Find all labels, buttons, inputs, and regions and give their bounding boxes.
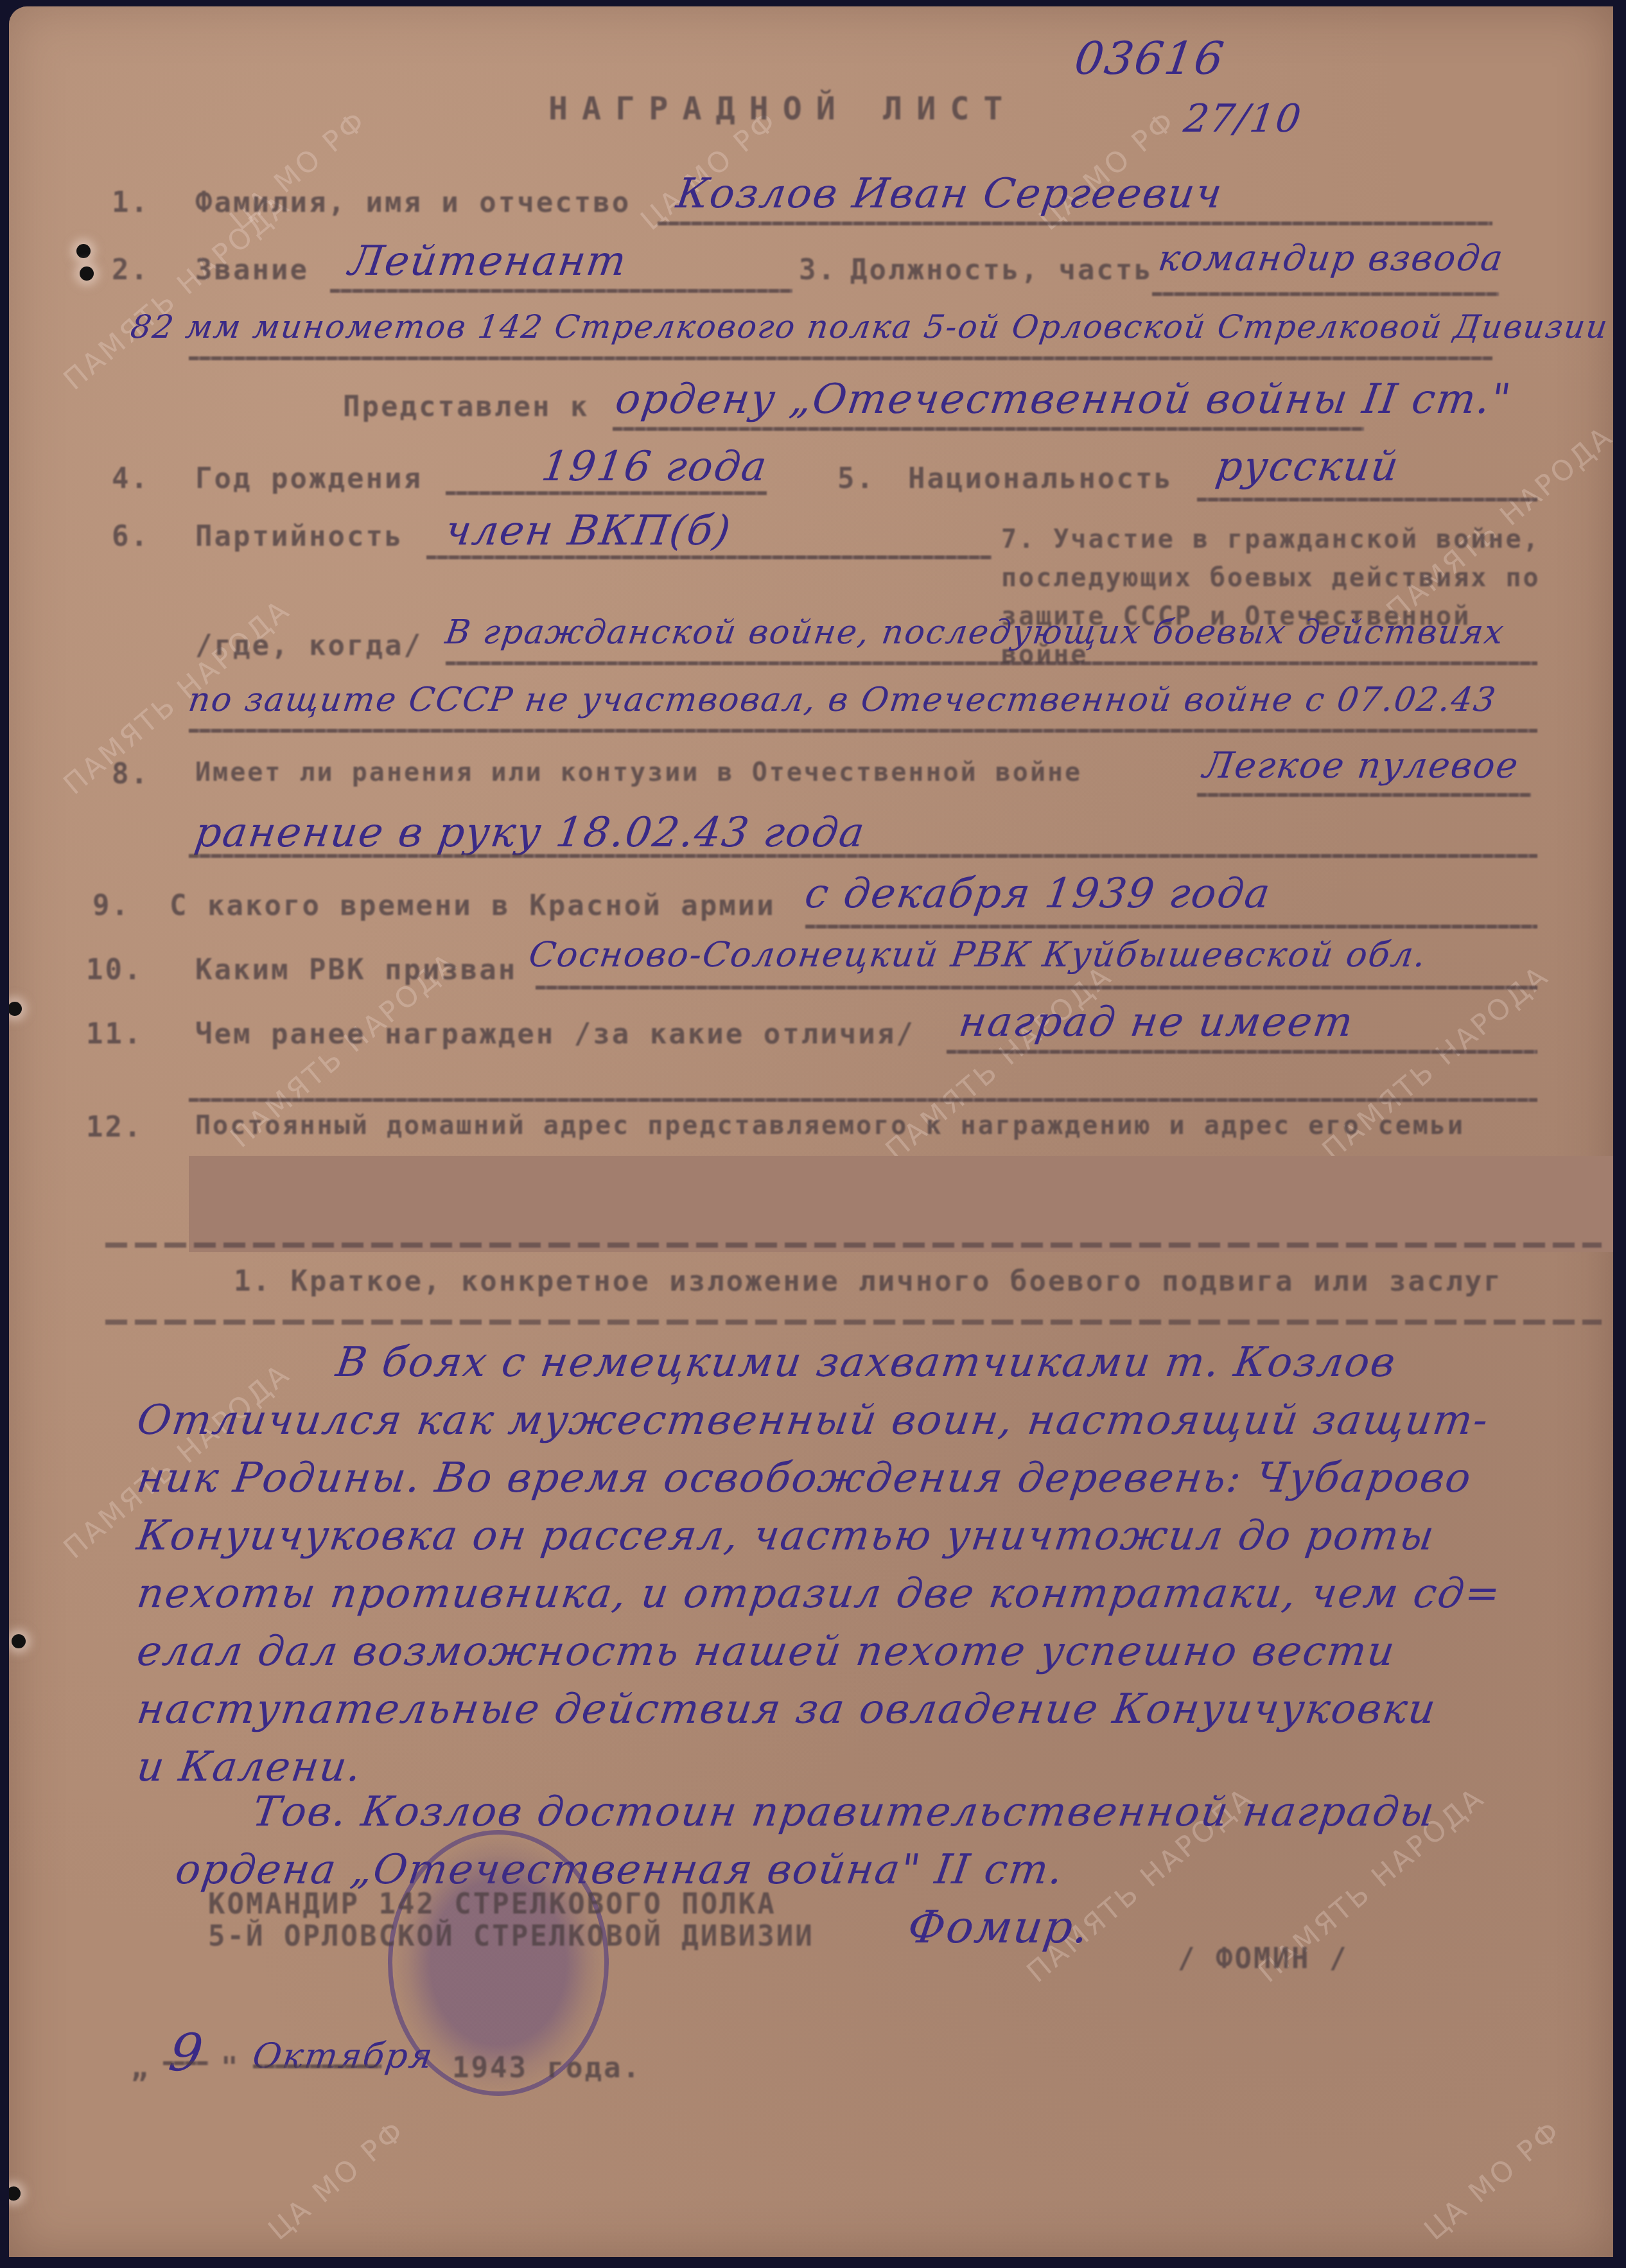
date-open-quote: „ (131, 2052, 150, 2084)
field-3-value-continued: 82 мм минометов 142 Стрелкового полка 5-… (128, 308, 1611, 345)
field-9-label: С какого времени в Красной армии (170, 889, 776, 922)
field-2-value: Лейтенант (346, 238, 631, 285)
field-3-rule-continued (189, 356, 1492, 360)
field-1-number: 1. (112, 186, 150, 219)
punch-hole (9, 2186, 21, 2201)
commander-name: / ФОМИН / (1178, 1942, 1348, 1975)
narrative-line: Конуичуковка он рассеял, частью уничтожи… (134, 1512, 1438, 1560)
field-6-rule (426, 555, 992, 559)
narrative-line: наступательные действия за овладение Кон… (134, 1686, 1440, 1733)
commander-title-line2: 5-Й ОРЛОВСКОЙ СТРЕЛКОВОЙ ДИВИЗИИ (208, 1920, 814, 1953)
commander-title-line1: КОМАНДИР 142 СТРЕЛКОВОГО ПОЛКА (208, 1888, 776, 1921)
field-3-label: Должность, часть (850, 254, 1153, 286)
date-close-quote: " (221, 2052, 240, 2084)
punch-hole (12, 1634, 26, 1648)
narrative-line: и Калени. (134, 1743, 365, 1791)
field-5-number: 5. (837, 462, 875, 495)
section-divider-bottom (105, 1320, 1602, 1325)
redacted-address (189, 1156, 1613, 1252)
field-11-rule (947, 1050, 1537, 1054)
narrative-line: пехоты противника, и отразил две контрат… (134, 1570, 1505, 1618)
field-8-number: 8. (112, 758, 150, 790)
field-4-rule (446, 491, 767, 495)
field-2-rule (330, 289, 792, 293)
field-9-number: 9. (92, 889, 130, 922)
commander-signature: Фомир. (904, 1901, 1093, 1953)
field-11-value: наград не имеет (956, 999, 1357, 1046)
field-12-label: Постоянный домашний адрес представляемог… (195, 1111, 1465, 1140)
field-4-value: 1916 года (539, 443, 771, 491)
punch-hole (76, 244, 91, 258)
watermark: ПАМЯТЬ НАРОДА (58, 188, 297, 396)
field-6-label: Партийность (195, 520, 403, 553)
field-3-value: командир взвода (1155, 238, 1507, 279)
archive-sub-number: 27/10 (1181, 96, 1305, 141)
field-5-label: Национальность (908, 462, 1173, 495)
narrative-line: Отличился как мужественный воин, настоящ… (134, 1397, 1492, 1444)
field-1-label: Фамилия, имя и отчество (195, 186, 631, 219)
field-3-number: 3. (799, 254, 837, 286)
field-8-value-continued: ранение в руку 18.02.43 года (192, 809, 868, 857)
field-5-value: русский (1213, 443, 1403, 491)
narrative-line: ордена „Отечественная война" II ст. (173, 1846, 1067, 1894)
field-6-value: член ВКП(б) (442, 507, 735, 555)
narrative-line: В боях с немецкими захватчиками т. Козло… (333, 1339, 1399, 1386)
presented-label: Представлен к (343, 390, 589, 423)
field-8-rule-continued (189, 854, 1537, 858)
field-9-value: с декабря 1939 года (802, 870, 1274, 918)
watermark: ЦА МО РФ (1418, 2114, 1568, 2247)
narrative-line: Тов. Козлов достоин правительственной на… (250, 1788, 1438, 1836)
field-8-rule (1197, 793, 1531, 797)
award-sheet: ЦА МО РФ ЦА МО РФ ЦА МО РФ ПАМЯТЬ НАРОДА… (9, 6, 1613, 2257)
document-title: НАГРАДНОЙ ЛИСТ (548, 90, 1017, 127)
section-heading: 1. Краткое, конкретное изложение личного… (234, 1265, 1503, 1298)
field-2-number: 2. (112, 254, 150, 286)
field-6-number: 6. (112, 520, 150, 553)
presented-value: ордену „Отечественной войны II ст." (613, 376, 1515, 423)
date-month-rule (253, 2064, 381, 2068)
field-7-value-continued: по защите СССР не участвовал, в Отечеств… (186, 681, 1499, 719)
section-divider-top (105, 1243, 1602, 1248)
field-10-rule (536, 986, 1537, 990)
field-1-rule (658, 222, 1492, 225)
field-7-rule (446, 661, 1537, 665)
field-8-label: Имеет ли ранения или контузии в Отечеств… (195, 758, 1082, 787)
field-7-number: 7. (1001, 525, 1036, 554)
field-11-label: Чем ранее награжден /за какие отличия/ (195, 1018, 915, 1051)
archive-number: 03616 (1071, 32, 1228, 85)
field-10-value: Сосново-Солонецкий РВК Куйбышевской обл. (527, 934, 1429, 975)
field-8-value: Легкое пулевое (1200, 745, 1521, 787)
date-day-rule (163, 2061, 208, 2065)
field-12-top-rule (189, 1098, 1537, 1102)
field-4-number: 4. (112, 462, 150, 495)
field-5-rule (1197, 498, 1537, 502)
watermark: ЦА МО РФ (262, 2114, 412, 2247)
date-year: 1943 года. (452, 2052, 642, 2084)
presented-rule (613, 427, 1364, 431)
field-7-value: В гражданской войне, последующих боевых … (443, 613, 1507, 652)
field-4-label: Год рождения (195, 462, 423, 495)
date-month: Октября (250, 2036, 437, 2076)
field-2-label: Звание (195, 254, 309, 286)
field-10-number: 10. (86, 954, 143, 986)
field-12-number: 12. (86, 1111, 143, 1144)
field-10-label: Каким РВК призван (195, 954, 517, 986)
field-1-value: Козлов Иван Сергеевич (674, 170, 1226, 218)
punch-hole (80, 266, 94, 281)
punch-hole (9, 1002, 22, 1016)
field-9-rule (805, 925, 1537, 929)
field-7-label-continued: /где, когда/ (195, 629, 423, 662)
narrative-line: ник Родины. Во время освобождения дереве… (134, 1454, 1475, 1502)
date-day: 9 (165, 2023, 207, 2082)
field-3-rule (1152, 292, 1499, 296)
field-11-number: 11. (86, 1018, 143, 1051)
field-7-rule-continued (189, 729, 1537, 733)
narrative-line: елал дал возможность нашей пехоте успешн… (134, 1628, 1399, 1675)
